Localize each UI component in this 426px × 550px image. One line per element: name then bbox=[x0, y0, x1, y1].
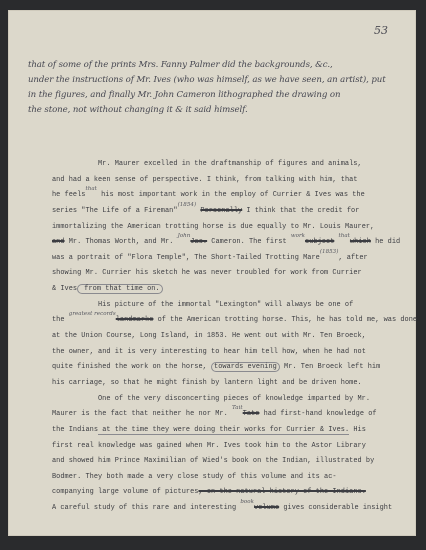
typed-line: his carriage, so that he might finish by… bbox=[52, 376, 372, 392]
line-text: he feels bbox=[52, 191, 85, 199]
struck-text: subject bbox=[305, 238, 334, 246]
struck-text: and bbox=[52, 238, 65, 246]
struck-text: Personally bbox=[200, 207, 242, 215]
circled-text: towards evening bbox=[211, 362, 280, 372]
line-text: of the American trotting horse. This, he… bbox=[153, 316, 417, 324]
typed-line: at the Union Course, Long Island, in 185… bbox=[52, 329, 372, 345]
typed-line: the greatest recordslandmarks of the Ame… bbox=[52, 313, 372, 329]
typed-line: was a portrait of "Flora Temple", The Sh… bbox=[52, 251, 372, 267]
line-text: Cameron. The first bbox=[207, 238, 291, 246]
line-text: and had a keen sense of perspective. I t… bbox=[52, 176, 358, 184]
handwritten-insertion: that bbox=[339, 233, 350, 239]
typed-line: Bodmer. They both made a very close stud… bbox=[52, 470, 372, 486]
line-text: companying large volume of pictures bbox=[52, 488, 198, 496]
struck-text: volume bbox=[254, 504, 279, 512]
handwritten-insertion: greatest records bbox=[69, 311, 116, 317]
line-text: gives considerable insight bbox=[279, 504, 392, 512]
typed-text: Mr. Maurer excelled in the draftmanship … bbox=[52, 157, 372, 517]
typed-line: showing Mr. Currier his sketch he was ne… bbox=[52, 266, 372, 282]
typed-line: and had a keen sense of perspective. I t… bbox=[52, 173, 372, 189]
handwritten-insertion: work bbox=[291, 233, 305, 239]
page-number: 53 bbox=[374, 24, 388, 37]
handwritten-line: that of some of the prints Mrs. Fanny Pa… bbox=[28, 58, 398, 73]
typed-line: companying large volume of pictures, on … bbox=[52, 485, 372, 501]
typed-line: Maurer is the fact that neither he nor M… bbox=[52, 407, 372, 423]
typed-line: the Indians at the time they were doing … bbox=[52, 423, 372, 439]
line-text: I think that the credit for bbox=[242, 207, 359, 215]
typed-line: quite finished the work on the horse, to… bbox=[52, 360, 372, 376]
typed-line: A careful study of this rare and interes… bbox=[52, 501, 372, 517]
typed-line: series "The Life of a Fireman"(1854) Per… bbox=[52, 204, 372, 220]
line-text: his carriage, so that he might finish by… bbox=[52, 379, 362, 387]
struck-text: which bbox=[350, 238, 371, 246]
line-text: series "The Life of a Fireman" bbox=[52, 207, 178, 215]
handwritten-line: in the figures, and finally Mr. John Cam… bbox=[28, 88, 398, 103]
line-text: Bodmer. They both made a very close stud… bbox=[52, 473, 337, 481]
typed-line: the owner, and it is very interesting to… bbox=[52, 345, 372, 361]
typed-line: & Ives from that time on. bbox=[52, 282, 372, 298]
handwritten-insertion: (1853) bbox=[320, 249, 339, 255]
line-text: Mr. Maurer excelled in the draftmanship … bbox=[98, 160, 362, 168]
line-text: the Indians bbox=[52, 426, 98, 434]
handwritten-notes: that of some of the prints Mrs. Fanny Pa… bbox=[28, 58, 398, 118]
typed-line: first real knowledge was gained when Mr.… bbox=[52, 439, 372, 455]
line-text: His bbox=[349, 426, 366, 434]
line-text: His picture of the immortal "Lexington" … bbox=[98, 301, 353, 309]
underlined-text: at the time they were doing their works … bbox=[98, 426, 349, 435]
handwritten-line: the stone, not without changing it & it … bbox=[28, 103, 398, 118]
struck-text: , on the natural history of the Indians. bbox=[198, 488, 365, 496]
handwritten-line: under the instructions of Mr. Ives (who … bbox=[28, 73, 398, 88]
handwritten-insertion: John bbox=[178, 233, 191, 239]
line-text: immortalizing the American trotting hors… bbox=[52, 223, 374, 231]
line-text: , after bbox=[338, 254, 367, 262]
line-text: and showed him Prince Maximilian of Wied… bbox=[52, 457, 374, 465]
line-text: showing Mr. Currier his sketch he was ne… bbox=[52, 269, 362, 277]
typed-line: Mr. Maurer excelled in the draftmanship … bbox=[52, 157, 372, 173]
line-text: had first-hand knowledge of bbox=[259, 410, 376, 418]
handwritten-insertion: Tait bbox=[232, 405, 243, 411]
line-text: the owner, and it is very interesting to… bbox=[52, 348, 366, 356]
struck-text: landmarks bbox=[116, 316, 154, 324]
line-text: One of the very disconcerting pieces of … bbox=[98, 395, 370, 403]
line-text: Mr. Thomas Worth, and Mr. bbox=[65, 238, 178, 246]
typed-line: and showed him Prince Maximilian of Wied… bbox=[52, 454, 372, 470]
typed-line: he feelsthat his most important work in … bbox=[52, 188, 372, 204]
handwritten-insertion: book bbox=[240, 499, 254, 505]
line-text: his most important work in the employ of… bbox=[97, 191, 365, 199]
line-text: first real knowledge was gained when Mr.… bbox=[52, 442, 366, 450]
line-text: Maurer is the fact that neither he nor M… bbox=[52, 410, 232, 418]
struck-text: Tate bbox=[243, 410, 260, 418]
struck-text: Jas. bbox=[190, 238, 207, 246]
handwritten-insertion: that bbox=[85, 186, 96, 192]
line-text: quite finished the work on the horse, bbox=[52, 363, 211, 371]
typed-line: immortalizing the American trotting hors… bbox=[52, 220, 372, 236]
line-text: was a portrait of "Flora Temple", The Sh… bbox=[52, 254, 320, 262]
line-text: Mr. Ten Broeck left him bbox=[280, 363, 380, 371]
line-text: & Ives bbox=[52, 285, 77, 293]
handwritten-insertion: (1854) bbox=[178, 202, 197, 208]
line-text: at the Union Course, Long Island, in 185… bbox=[52, 332, 366, 340]
line-text: he did bbox=[371, 238, 400, 246]
line-text: the bbox=[52, 316, 69, 324]
circled-text: from that time on. bbox=[77, 284, 163, 294]
typed-line: One of the very disconcerting pieces of … bbox=[52, 392, 372, 408]
document-page: 53 that of some of the prints Mrs. Fanny… bbox=[8, 10, 416, 536]
line-text: A careful study of this rare and interes… bbox=[52, 504, 240, 512]
